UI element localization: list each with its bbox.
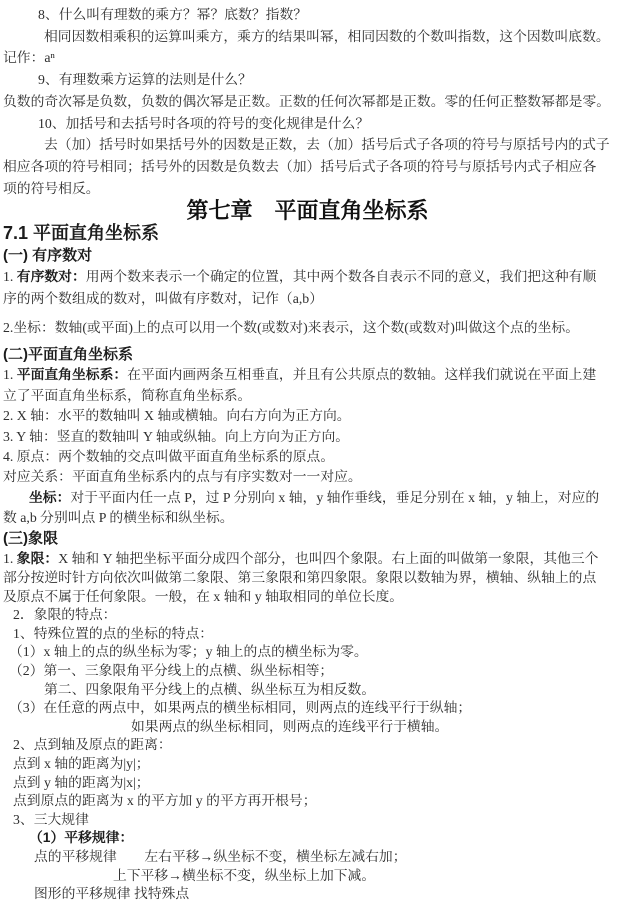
line-text: 1. [3, 367, 17, 382]
text-line: 3. Y 轴：竖直的数轴叫 Y 轴或纵轴。向上方向为正方向。 [3, 427, 612, 447]
text-line: 点的平移规律 左右平移→纵坐标不变，横坐标左减右加； [3, 848, 612, 867]
text-line: 负数的奇次幂是负数，负数的偶次幂是正数。正数的任何次幂都是正数。零的任何正整数幂… [3, 91, 612, 113]
text-line: 2.坐标：数轴(或平面)上的点可以用一个数(或数对)来表示，这个数(或数对)叫做… [3, 317, 612, 339]
subsection-quadrants: (三)象限 1. 象限：X 轴和 Y 轴把坐标平面分成四个部分，也叫四个象限。右… [3, 529, 612, 904]
line-text: 用两个数来表示一个确定的位置，其中两个数各自表示不同的意义，我们把这种有顺 [86, 269, 596, 284]
line-text: 在平面内画两条互相垂直，并且有公共原点的数轴。这样我们就说在平面上建 [127, 367, 596, 382]
text-line: 4. 原点：两个数轴的交点叫做平面直角坐标系的原点。 [3, 447, 612, 467]
text-line: 对应关系：平面直角坐标系内的点与有序实数对一一对应。 [3, 467, 612, 487]
subsection-heading: (一) 有序数对 [3, 246, 612, 266]
text-line: 点到 x 轴的距离为|y|； [3, 755, 612, 774]
text-line: 1、特殊位置的点的坐标的特点： [3, 625, 612, 644]
text-line: 上下平移→横坐标不变，纵坐标上加下减。 [3, 867, 612, 886]
text-line: 第二、四象限角平分线上的点横、纵坐标互为相反数。 [3, 681, 612, 700]
subsection-coordinate-system: (二)平面直角坐标系 1. 平面直角坐标系：在平面内画两条互相垂直，并且有公共原… [3, 345, 612, 528]
text-line: 1. 平面直角坐标系：在平面内画两条互相垂直，并且有公共原点的数轴。这样我们就说… [3, 365, 612, 385]
line-text: 1. [3, 269, 17, 284]
text-line: 记作：aⁿ [3, 47, 612, 69]
text-line: 图形的平移规律 找特殊点 [3, 885, 612, 904]
subsection-ordered-pairs: (一) 有序数对 1. 有序数对：用两个数来表示一个确定的位置，其中两个数各自表… [3, 246, 612, 338]
text-line: （1）平移规律： [3, 829, 612, 848]
text-line: 数 a,b 分别叫点 P 的横坐标和纵坐标。 [3, 508, 612, 528]
text-line: 点到原点的距离为 x 的平方加 y 的平方再开根号； [3, 792, 612, 811]
subsection-heading: (二)平面直角坐标系 [3, 345, 612, 365]
text-line: 1. 象限：X 轴和 Y 轴把坐标平面分成四个部分，也叫四个象限。右上面的叫做第… [3, 549, 612, 568]
text-line: 1. 有序数对：用两个数来表示一个确定的位置，其中两个数各自表示不同的意义，我们… [3, 266, 612, 288]
text-line: 去（加）括号时如果括号外的因数是正数，去（加）括号后式子各项的符号与原括号内的式… [3, 134, 612, 156]
bold-term: 坐标： [29, 490, 70, 505]
text-line: 部分按逆时针方向依次叫做第二象限、第三象限和第四象限。象限以数轴为界，横轴、纵轴… [3, 568, 612, 587]
text-line: （3）在任意的两点中，如果两点的横坐标相同，则两点的连线平行于纵轴； [3, 699, 612, 718]
text-line: （1）x 轴上的点的纵坐标为零；y 轴上的点的横坐标为零。 [3, 643, 612, 662]
text-line: 8、什么叫有理数的乘方？幂？底数？指数？ [3, 4, 612, 26]
bold-term: 平面直角坐标系： [17, 367, 127, 382]
review-questions-section: 8、什么叫有理数的乘方？幂？底数？指数？ 相同因数相乘积的运算叫乘方，乘方的结果… [3, 4, 612, 199]
bold-term: 有序数对： [17, 269, 86, 284]
line-text: X 轴和 Y 轴把坐标平面分成四个部分，也叫四个象限。右上面的叫做第一象限，其他… [58, 551, 598, 566]
text-line: 点到 y 轴的距离为|x|； [3, 774, 612, 793]
text-line: 序的两个数组成的数对，叫做有序数对，记作（a,b） [3, 288, 612, 310]
bold-term: 象限： [17, 551, 58, 566]
text-line: （2）第一、三象限角平分线上的点横、纵坐标相等； [3, 662, 612, 681]
text-line: 2. X 轴：水平的数轴叫 X 轴或横轴。向右方向为正方向。 [3, 406, 612, 426]
bold-term: （1）平移规律： [29, 830, 133, 845]
text-line: 如果两点的纵坐标相同，则两点的连线平行于横轴。 [3, 718, 612, 737]
text-line: 项的符号相反。 [3, 178, 612, 200]
text-line: 相同因数相乘积的运算叫乘方，乘方的结果叫幂，相同因数的个数叫指数，这个因数叫底数… [3, 26, 612, 48]
subsection-heading: (三)象限 [3, 529, 612, 549]
text-line: 坐标：对于平面内任一点 P，过 P 分别向 x 轴，y 轴作垂线，垂足分别在 x… [3, 488, 612, 508]
text-line: 立了平面直角坐标系，简称直角坐标系。 [3, 386, 612, 406]
text-line: 10、加括号和去括号时各项的符号的变化规律是什么？ [3, 113, 612, 135]
text-line: 相应各项的符号相同；括号外的因数是负数去（加）括号后式子各项的符号与原括号内式子… [3, 156, 612, 178]
chapter-heading: 第七章 平面直角坐标系 [3, 199, 612, 222]
section-heading: 7.1 平面直角坐标系 [3, 222, 612, 244]
line-text: 对于平面内任一点 P，过 P 分别向 x 轴，y 轴作垂线，垂足分别在 x 轴，… [70, 490, 599, 505]
text-line: 2、点到轴及原点的距离： [3, 736, 612, 755]
text-line: 2．象限的特点： [3, 606, 612, 625]
text-line: 9、有理数乘方运算的法则是什么？ [3, 69, 612, 91]
text-line: 及原点不属于任何象限。一般，在 x 轴和 y 轴取相同的单位长度。 [3, 587, 612, 606]
document-page: 8、什么叫有理数的乘方？幂？底数？指数？ 相同因数相乘积的运算叫乘方，乘方的结果… [0, 0, 617, 904]
text-line: 3、三大规律 [3, 811, 612, 830]
line-text: 1. [3, 551, 17, 566]
